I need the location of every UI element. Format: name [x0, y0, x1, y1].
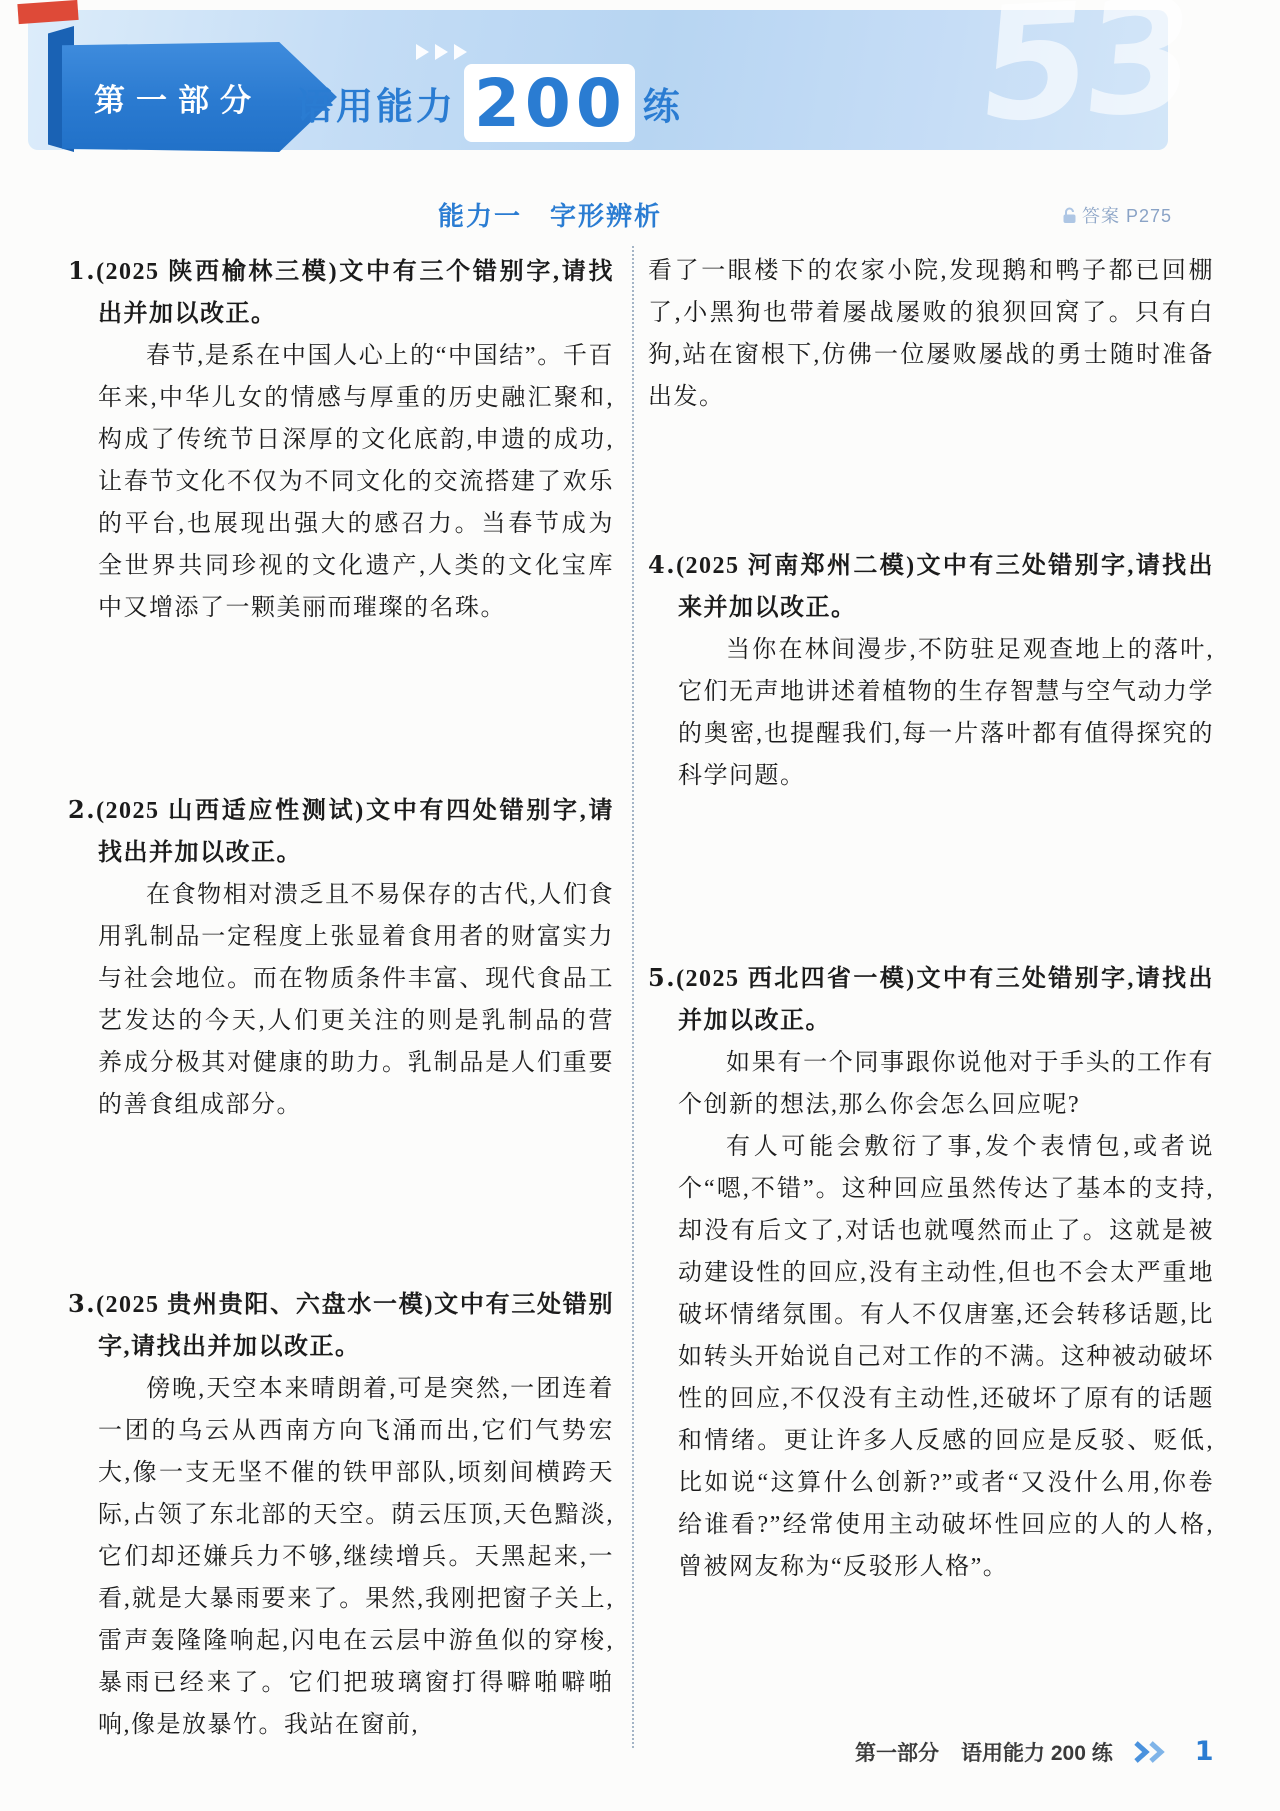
title-prefix: 语用能力 — [296, 76, 456, 130]
question-4-passage: 当你在林间漫步,不防驻足观查地上的落叶,它们无声地讲述着植物的生存智慧与空气动力… — [648, 629, 1214, 797]
section-heading: 能力一 字形辨析 — [0, 196, 1100, 233]
question-2-prompt: 2.(2025 山西适应性测试)文中有四处错别字,请找出并加以改正。 — [68, 789, 614, 874]
answer-reference-label: 答案 P275 — [1082, 202, 1172, 228]
question-4-instruction: (2025 河南郑州二模)文中有三处错别字,请找出来并加以改正。 — [676, 553, 1214, 621]
question-5: 5.(2025 西北四省一模)文中有三处错别字,请找出并加以改正。 如果有一个同… — [648, 957, 1214, 1588]
question-2-number: 2. — [68, 795, 96, 824]
question-4-number: 4. — [648, 550, 676, 579]
column-divider — [632, 246, 634, 1748]
question-1-passage: 春节,是系在中国人心上的“中国结”。千百年来,中华儿女的情感与厚重的历史融汇聚和… — [68, 335, 614, 629]
question-5-passage-2: 有人可能会敷衍了事,发个表情包,或者说个“嗯,不错”。这种回应虽然传达了基本的支… — [648, 1126, 1214, 1588]
question-3: 3.(2025 贵州贵阳、六盘水一模)文中有三处错别字,请找出并加以改正。 傍晚… — [68, 1283, 614, 1746]
double-chevron-icon — [1133, 1740, 1167, 1764]
question-1-instruction: (2025 陕西榆林三模)文中有三个错别字,请找出并加以改正。 — [96, 259, 614, 327]
triple-arrow-icon — [416, 44, 683, 62]
textbook-page: 53 第一部分 语用能力 200 练 能力一 字形辨析 答案 P275 1.(2… — [0, 0, 1280, 1811]
question-1-number: 1. — [68, 256, 96, 285]
title-suffix: 练 — [643, 76, 683, 130]
question-5-instruction: (2025 西北四省一模)文中有三处错别字,请找出并加以改正。 — [676, 966, 1214, 1034]
question-2: 2.(2025 山西适应性测试)文中有四处错别字,请找出并加以改正。 在食物相对… — [68, 789, 614, 1126]
question-3-passage: 傍晚,天空本来晴朗着,可是突然,一团连着一团的乌云从西南方向飞涌而出,它们气势宏… — [68, 1368, 614, 1746]
red-corner-decoration — [17, 0, 78, 24]
question-2-passage: 在食物相对溃乏且不易保存的古代,人们食用乳制品一定程度上张显着食用者的财富实力与… — [68, 874, 614, 1126]
footer-part-label: 第一部分 — [855, 1737, 939, 1767]
book-title-row: 语用能力 200 练 — [296, 64, 683, 142]
question-3-passage-continuation: 看了一眼楼下的农家小院,发现鹅和鸭子都已回棚了,小黑狗也带着屡战屡败的狼狈回窝了… — [648, 250, 1214, 418]
answer-reference: 答案 P275 — [1062, 202, 1172, 228]
lock-icon — [1062, 207, 1077, 224]
question-2-instruction: (2025 山西适应性测试)文中有四处错别字,请找出并加以改正。 — [96, 798, 614, 866]
page-footer: 第一部分 语用能力 200 练 1 — [855, 1736, 1214, 1767]
question-5-passage-1: 如果有一个同事跟你说他对于手头的工作有个创新的想法,那么你会怎么回应呢? — [648, 1042, 1214, 1126]
question-5-number: 5. — [648, 963, 676, 992]
question-4-prompt: 4.(2025 河南郑州二模)文中有三处错别字,请找出来并加以改正。 — [648, 544, 1214, 629]
question-3-number: 3. — [68, 1289, 96, 1318]
question-1: 1.(2025 陕西榆林三模)文中有三个错别字,请找出并加以改正。 春节,是系在… — [68, 250, 614, 629]
question-1-prompt: 1.(2025 陕西榆林三模)文中有三个错别字,请找出并加以改正。 — [68, 250, 614, 335]
left-column: 1.(2025 陕西榆林三模)文中有三个错别字,请找出并加以改正。 春节,是系在… — [68, 250, 614, 1746]
question-3-instruction: (2025 贵州贵阳、六盘水一模)文中有三处错别字,请找出并加以改正。 — [96, 1292, 614, 1360]
title-number: 200 — [464, 64, 635, 142]
question-3-prompt: 3.(2025 贵州贵阳、六盘水一模)文中有三处错别字,请找出并加以改正。 — [68, 1283, 614, 1368]
page-number: 1 — [1195, 1736, 1214, 1767]
brand-watermark: 53 — [972, 0, 1195, 145]
right-column: 看了一眼楼下的农家小院,发现鹅和鸭子都已回棚了,小黑狗也带着屡战屡败的狼狈回窝了… — [648, 250, 1214, 1588]
footer-book-title: 语用能力 200 练 — [961, 1737, 1113, 1767]
question-5-prompt: 5.(2025 西北四省一模)文中有三处错别字,请找出并加以改正。 — [648, 957, 1214, 1042]
question-4: 4.(2025 河南郑州二模)文中有三处错别字,请找出来并加以改正。 当你在林间… — [648, 544, 1214, 797]
part-label: 第一部分 — [62, 75, 262, 120]
book-title: 语用能力 200 练 — [296, 44, 683, 142]
